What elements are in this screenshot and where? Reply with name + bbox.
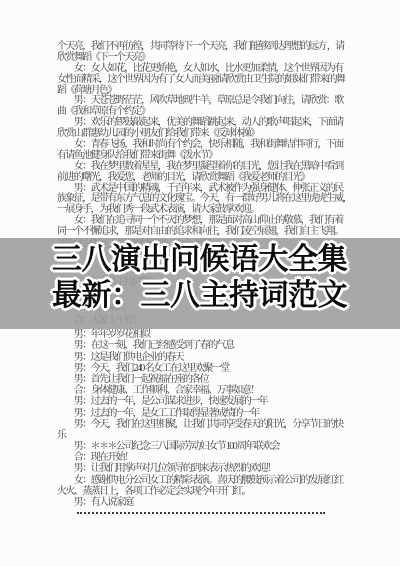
text-line: 合：现在开始！: [57, 452, 343, 463]
document-section-bottom: 男：年年岁岁花相似 男：在这一刻，我们已经感受到了春的气息 男：这是我们供电企业…: [57, 329, 343, 508]
article-page: 个天亮，我们不再彷徨，共同等待下一个天亮，我们能够到达理想的远方 ，请欣赏舞蹈《…: [0, 0, 400, 566]
text-line: 男：年年岁岁花相似: [57, 329, 343, 340]
text-line: 前进的曙光，我爱您，老师的目光，请欣赏舞蹈《我爱老师的目光》: [57, 173, 343, 184]
document-section-top: 个天亮，我们不再彷徨，共同等待下一个天亮，我们能够到达理想的远方 ，请欣赏舞蹈《…: [57, 42, 343, 238]
text-line: 女：感谢供电分公司女工的精彩表演。喜庆的腰鼓预示着公司的发展红红: [57, 475, 343, 486]
text-line: 男：让我们用掌声对几位领导的到来表示热烈的欢迎！: [57, 463, 343, 474]
text-line: 男：这是我们供电企业的春天: [57, 352, 343, 363]
text-line: 男：过去的一年，是女工工作取得显著成绩的一年: [57, 408, 343, 419]
text-line: 男：在这一刻，我们已经感受到了春的气息: [57, 340, 343, 351]
title-overlay-band: 请欣赏夕阳红为我们深情演绎《自主飞翔》 三八妇女节主持词 篇2 男：各位来宾 合…: [0, 238, 400, 329]
article-title-overlay: 三八演出问候语大全集 最新：三八主持词范文: [52, 242, 347, 314]
text-line: 男：今天，我们在这里相聚，让我们共同享受春天的阳光，分享节日的快: [57, 419, 343, 430]
document-text: 个天亮，我们不再彷徨，共同等待下一个天亮，我们能够到达理想的远方 ，请欣赏舞蹈《…: [0, 0, 400, 514]
text-line: 男：有人说家庭: [57, 497, 343, 508]
text-line: 同一个不懈追求，那是对自由的追求和向往，我们凌空展翅，我们自主飞翔。: [57, 227, 343, 238]
text-line: 乐: [57, 430, 343, 441]
title-line-1: 三八演出问候语大全集: [52, 242, 347, 278]
text-line: 合：大家上午好！: [57, 315, 343, 328]
text-line: 男：＊＊＊公司纪念三八国际劳动妇女节 100 周年联欢会: [57, 441, 343, 452]
text-line: 合：身体健康、工作顺利、合家幸福、万事如意！: [57, 385, 343, 396]
text-line: 男：今天，我们 240 名女工在这里欢聚一堂: [57, 363, 343, 374]
title-line-2: 最新：三八主持词范文: [52, 278, 347, 314]
text-line: 火火、蒸蒸日上，各项工作必定会实现今年开门红。: [57, 486, 343, 497]
dotted-divider: [77, 512, 325, 514]
text-line: 男：首先让我们一起祝福在座的各位: [57, 374, 343, 385]
text-line: 女性而精采，这个世界因为有了女人而美丽!请欣赏由卫生院的姐妹们带来的舞: [57, 75, 343, 86]
text-line: 男：过去的一年，是公司谋求进步，快速发展的一年: [57, 396, 343, 407]
